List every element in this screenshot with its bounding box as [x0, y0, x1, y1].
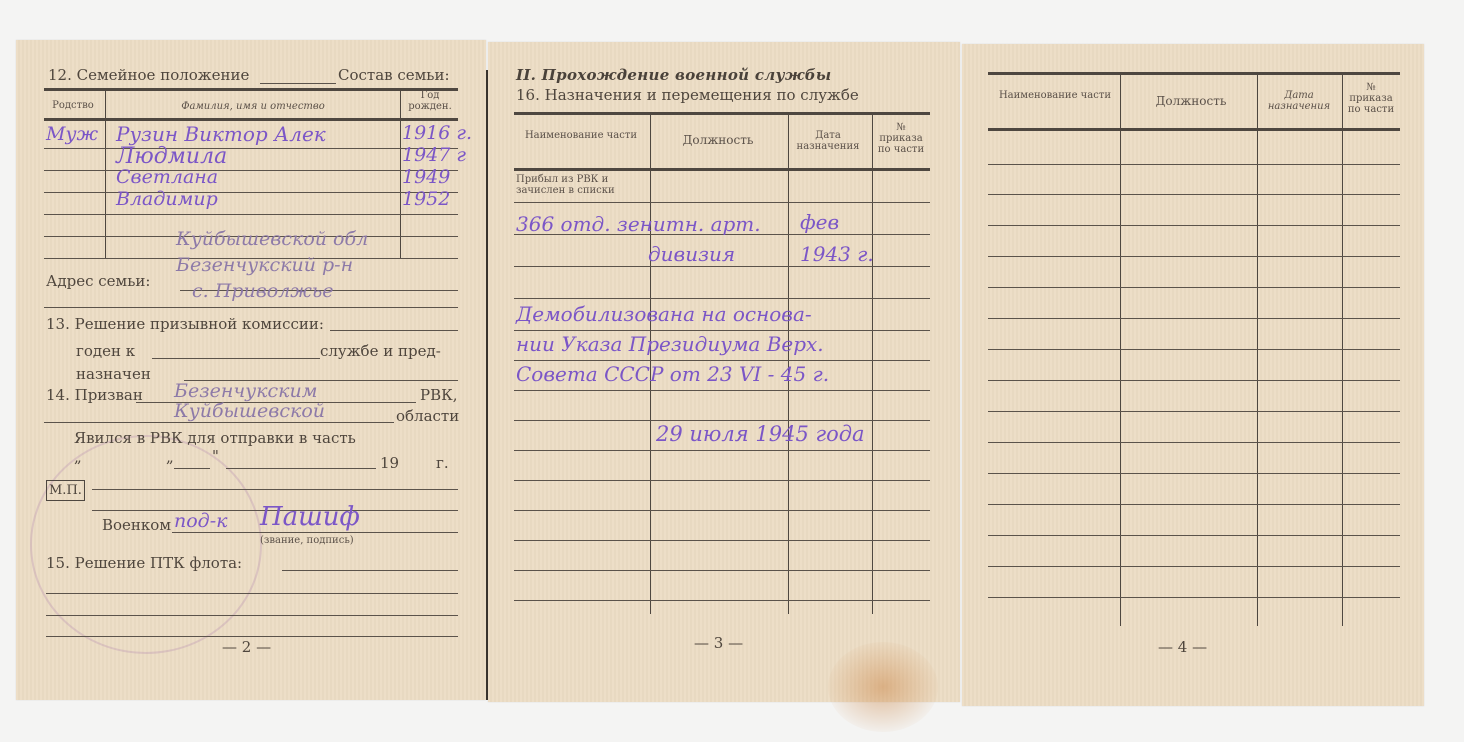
- fit-for-suffix: службе и пред-: [320, 342, 441, 360]
- p3-col-date: Дата назначения: [788, 130, 868, 152]
- family-row-4-year: 1952: [402, 188, 450, 210]
- page-number-4: — 4 —: [1158, 638, 1207, 656]
- year-prefix: 19: [380, 454, 399, 472]
- col-fullname: Фамилия, имя и отчество: [108, 101, 398, 112]
- appeared-rvk-label: Явился в РВК для отправки в часть: [74, 429, 356, 447]
- arrived-from-rvk-label: Прибыл из РВК и зачислен в списки: [516, 174, 644, 196]
- p4-col-date: Дата назначения: [1258, 90, 1340, 112]
- page-3: II. Прохождение военной службы 16. Назна…: [488, 42, 960, 702]
- family-row-1-name: Рузин Виктор Алек: [116, 122, 326, 146]
- family-composition-label: Состав семьи:: [338, 66, 450, 84]
- unit-entry-line2: дивизия: [648, 242, 735, 266]
- col-relation: Родство: [44, 100, 102, 111]
- drafted-region-handwritten: Куйбышевской: [174, 400, 325, 422]
- family-row-2-year: 1947 г: [402, 144, 466, 166]
- demobilization-line1: Демобилизована на основа-: [516, 302, 812, 326]
- demobilization-line2: нии Указа Президиума Верх.: [516, 332, 824, 356]
- part-title: II. Прохождение военной службы: [516, 66, 831, 84]
- paper-stain: [828, 642, 938, 732]
- region-suffix: области: [396, 407, 459, 425]
- commissar-label: Военком: [102, 516, 171, 534]
- unit-date-line2: 1943 г.: [800, 242, 874, 266]
- page-2: 12. Семейное положение Состав семьи: Род…: [16, 40, 486, 700]
- p3-col-position: Должность: [654, 135, 782, 146]
- family-row-3-name: Светлана: [116, 166, 218, 188]
- col-birth-year: Год рожден.: [402, 90, 458, 112]
- family-address-line2: с. Приволжье: [192, 280, 333, 302]
- p3-col-unit: Наименование части: [522, 130, 640, 141]
- p4-col-order: № приказа по части: [1344, 82, 1398, 115]
- family-row-1-year: 1916 г.: [402, 122, 472, 144]
- family-address-label: Адрес семьи:: [46, 272, 150, 290]
- p4-col-unit: Наименование части: [996, 90, 1114, 101]
- section16-title: 16. Назначения и перемещения по службе: [516, 86, 859, 104]
- signature-caption: (звание, подпись): [260, 535, 354, 546]
- demobilization-line3: Совета СССР от 23 VI - 45 г.: [516, 362, 829, 386]
- commissar-signature: Пашиф: [260, 502, 360, 532]
- seal-place-box: М.П.: [46, 480, 85, 501]
- page-number-3: — 3 —: [694, 634, 743, 652]
- date-quote-open: „: [74, 448, 82, 466]
- family-address-region: Куйбышевской обл: [176, 228, 368, 250]
- drafted-label: 14. Призван: [46, 386, 143, 404]
- unit-date-line1: фев: [800, 210, 839, 234]
- family-address-line1: Безенчукский р-н: [176, 254, 353, 276]
- drafted-rvk-handwritten: Безенчукским: [174, 380, 318, 402]
- date-quote-close: ": [212, 447, 219, 465]
- conscription-decision-label: 13. Решение призывной комиссии:: [46, 315, 324, 333]
- family-row-3-year: 1949: [402, 166, 450, 188]
- family-row-1-relation: Муж: [46, 123, 98, 145]
- page-4: Наименование части Должность Дата назнач…: [962, 44, 1424, 706]
- date-quote-mid: „: [166, 448, 174, 466]
- demobilization-date: 29 июля 1945 года: [656, 422, 865, 446]
- ptk-decision-label: 15. Решение ПТК флота:: [46, 554, 242, 572]
- p4-col-position: Должность: [1126, 96, 1256, 107]
- page-number-2: — 2 —: [222, 638, 271, 656]
- p3-col-order: № приказа по части: [874, 122, 928, 155]
- fit-for-label: годен к: [76, 342, 135, 360]
- year-suffix: г.: [436, 454, 449, 472]
- unit-entry-line1: 366 отд. зенитн. арт.: [516, 212, 761, 236]
- family-status-label: 12. Семейное положение: [48, 66, 249, 84]
- commissar-rank-handwritten: под-к: [174, 510, 227, 532]
- rvk-suffix: РВК,: [420, 386, 458, 404]
- assigned-label: назначен: [76, 365, 151, 383]
- family-row-4-name: Владимир: [116, 188, 218, 210]
